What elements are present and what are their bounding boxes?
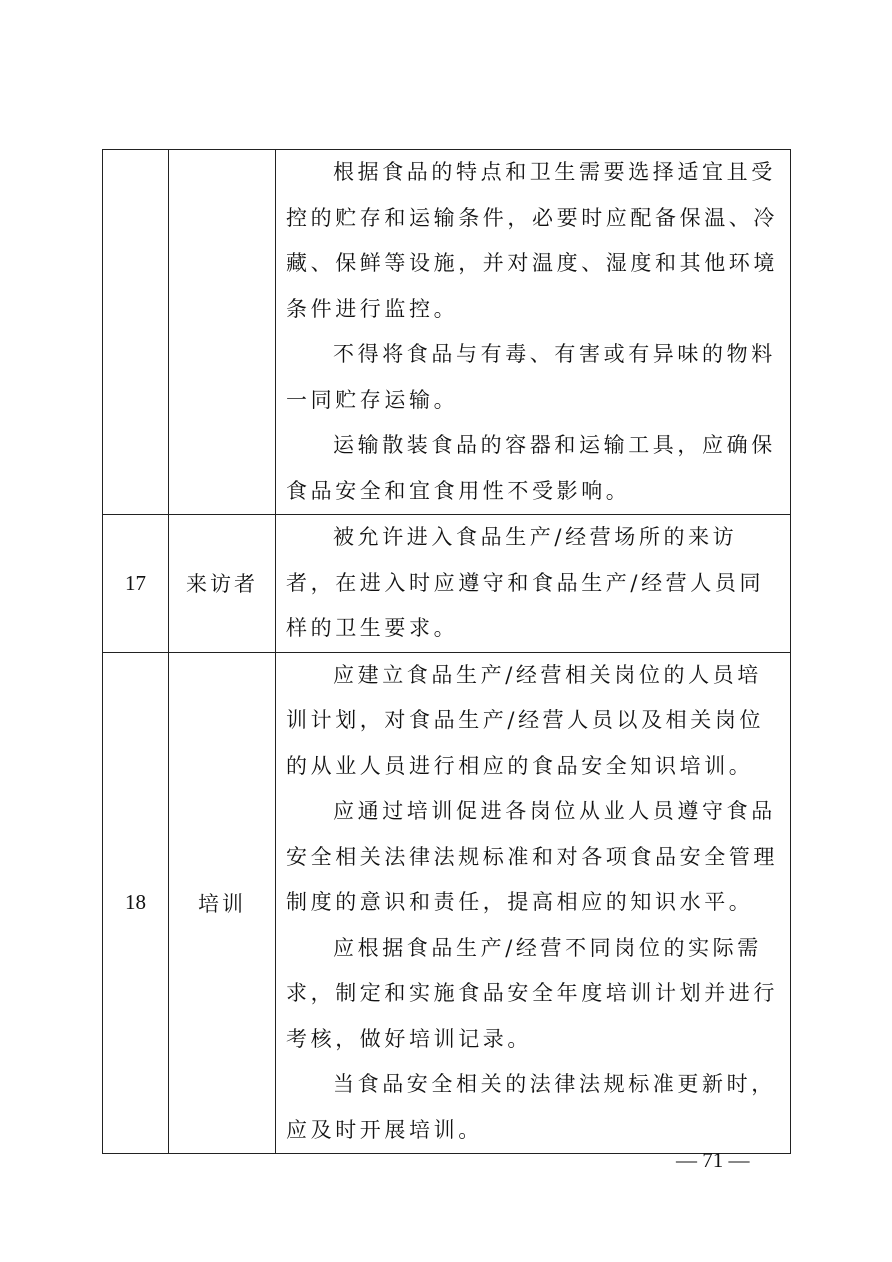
- row-item: [169, 150, 276, 515]
- page-number: — 71 —: [676, 1148, 750, 1173]
- paragraph: 根据食品的特点和卫生需要选择适宜且受控的贮存和运输条件，必要时应配备保温、冷藏、…: [286, 150, 782, 332]
- table-row: 17 来访者 被允许进入食品生产/经营场所的来访者，在进入时应遵守和食品生产/经…: [103, 515, 791, 653]
- row-content: 应建立食品生产/经营相关岗位的人员培训计划，对食品生产/经营人员以及相关岗位的从…: [276, 652, 791, 1154]
- paragraph: 不得将食品与有毒、有害或有异味的物料一同贮存运输。: [286, 332, 782, 423]
- paragraph: 当食品安全相关的法律法规标准更新时，应及时开展培训。: [286, 1062, 782, 1153]
- row-item: 来访者: [169, 515, 276, 653]
- table-row: 根据食品的特点和卫生需要选择适宜且受控的贮存和运输条件，必要时应配备保温、冷藏、…: [103, 150, 791, 515]
- paragraph: 运输散装食品的容器和运输工具，应确保食品安全和宜食用性不受影响。: [286, 423, 782, 514]
- row-content: 根据食品的特点和卫生需要选择适宜且受控的贮存和运输条件，必要时应配备保温、冷藏、…: [276, 150, 791, 515]
- paragraph: 被允许进入食品生产/经营场所的来访者，在进入时应遵守和食品生产/经营人员同样的卫…: [286, 515, 782, 652]
- table-row: 18 培训 应建立食品生产/经营相关岗位的人员培训计划，对食品生产/经营人员以及…: [103, 652, 791, 1154]
- row-number: 17: [103, 515, 169, 653]
- paragraph: 应通过培训促进各岗位从业人员遵守食品安全相关法律法规标准和对各项食品安全管理制度…: [286, 789, 782, 926]
- requirements-table: 根据食品的特点和卫生需要选择适宜且受控的贮存和运输条件，必要时应配备保温、冷藏、…: [102, 149, 791, 1154]
- row-content: 被允许进入食品生产/经营场所的来访者，在进入时应遵守和食品生产/经营人员同样的卫…: [276, 515, 791, 653]
- row-number: 18: [103, 652, 169, 1154]
- row-item: 培训: [169, 652, 276, 1154]
- paragraph: 应建立食品生产/经营相关岗位的人员培训计划，对食品生产/经营人员以及相关岗位的从…: [286, 653, 782, 790]
- row-number: [103, 150, 169, 515]
- paragraph: 应根据食品生产/经营不同岗位的实际需求，制定和实施食品安全年度培训计划并进行考核…: [286, 926, 782, 1063]
